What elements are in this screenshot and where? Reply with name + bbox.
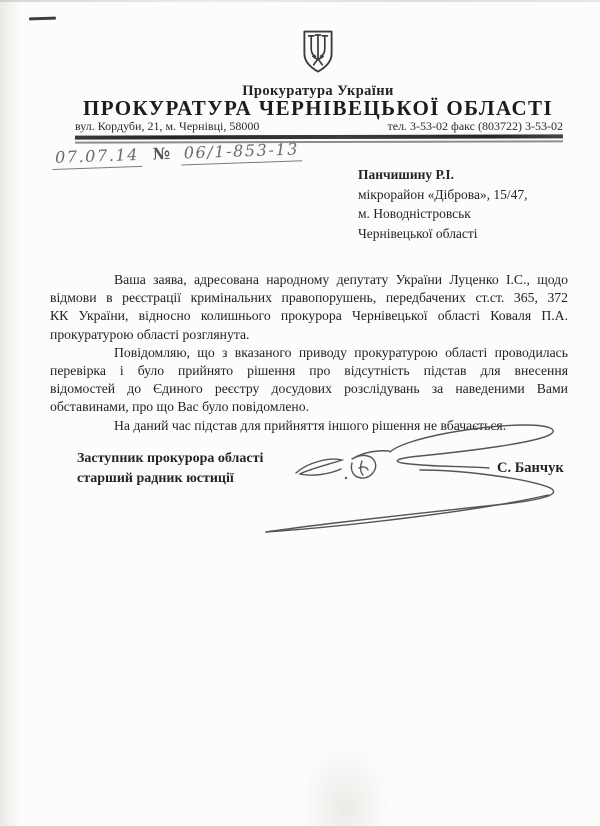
signer-position-line: Заступник прокурора області (77, 449, 263, 469)
handwritten-date: 07.07.14 (52, 145, 143, 170)
scan-top-edge (0, 0, 600, 2)
signer-name: С. Банчук (497, 460, 564, 477)
body-line: відмови в реєстрації кримінальних правоп… (50, 289, 568, 307)
scan-edge-shadow (0, 0, 22, 826)
recipient-address-line: Чернівецької області (358, 224, 528, 244)
signer-position: Заступник прокурора області старший радн… (77, 449, 263, 488)
handwritten-number: 06/1-853-13 (180, 139, 302, 165)
body-line: перевірка і було прийнято рішення про ві… (50, 362, 568, 380)
number-sign: № (152, 144, 170, 164)
recipient-block: Панчишину Р.І. мікрорайон «Діброва», 15/… (358, 165, 528, 243)
scanned-letter-page: Прокуратура України ПРОКУРАТУРА ЧЕРНІВЕЦ… (0, 0, 600, 826)
org-address: вул. Кордуби, 21, м. Чернівці, 58000 (75, 119, 259, 134)
header-rule-thin (75, 140, 563, 143)
org-title: ПРОКУРАТУРА ЧЕРНІВЕЦЬКОЇ ОБЛАСТІ (56, 96, 580, 121)
letter-body: Ваша заява, адресована народному депутат… (50, 271, 568, 435)
body-line: Ваша заява, адресована народному депутат… (50, 271, 568, 289)
body-line: обставинами, про що Вас було повідомлено… (50, 398, 568, 416)
header-rule-thick (75, 134, 563, 139)
body-line: На даний час підстав для прийняття іншог… (50, 417, 568, 435)
body-line: КК України, відносно колишнього прокурор… (50, 307, 568, 325)
scan-smudge (300, 740, 390, 826)
handwritten-reference-line: 07.07.14 № 06/1-853-13 (52, 139, 303, 167)
recipient-address-line: мікрорайон «Діброва», 15/47, (358, 185, 528, 205)
recipient-address-line: м. Новодністровськ (358, 204, 528, 224)
ukraine-trident-icon (301, 29, 335, 75)
body-line: Повідомляю, що з вказаного приводу проку… (50, 344, 568, 362)
scan-corner-mark (29, 17, 56, 21)
body-line: прокуратурою області розглянута. (50, 326, 568, 344)
body-line: відомостей до Єдиного реєстру досудових … (50, 380, 568, 398)
recipient-name: Панчишину Р.І. (358, 165, 528, 185)
org-phone-fax: тел. 3-53-02 факс (803722) 3-53-02 (388, 119, 564, 134)
signer-position-line: старший радник юстиції (77, 469, 263, 489)
